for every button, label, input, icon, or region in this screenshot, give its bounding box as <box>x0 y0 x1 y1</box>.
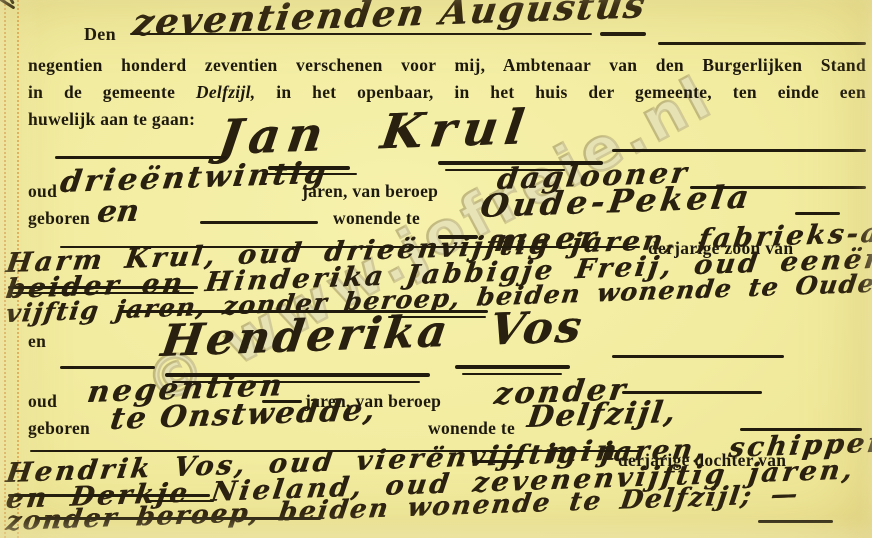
rule-line <box>60 246 640 248</box>
rule-line <box>12 292 194 294</box>
rule-line <box>622 391 762 394</box>
document-scan: © www.jofreie.nl Den negentien honderd z… <box>0 0 872 538</box>
rule-line <box>472 460 524 463</box>
rule-line <box>388 316 486 318</box>
printed-oud-groom: oud <box>28 181 57 202</box>
handwritten-bride-residence: Delfzijl, <box>525 395 679 435</box>
rule-line <box>55 156 227 159</box>
printed-intro-line3: in de gemeente Delfzijl, in het openbaar… <box>28 82 866 103</box>
rule-line <box>462 373 562 375</box>
rule-line <box>612 149 866 152</box>
rule-line <box>60 366 155 369</box>
handwritten-groom-name: Jan Krul <box>215 99 534 166</box>
rule-line <box>600 32 646 36</box>
printed-intro-line3a: in de gemeente <box>28 82 175 102</box>
rule-line <box>130 33 592 35</box>
rule-line <box>8 286 198 289</box>
printed-intro-line2: negentien honderd zeventien verschenen v… <box>28 55 866 76</box>
rule-line <box>795 212 840 215</box>
rule-line <box>455 365 570 369</box>
handwritten-groom-age: drieëntwintig <box>58 156 331 200</box>
printed-en: en <box>28 331 46 352</box>
rule-line <box>268 166 350 170</box>
printed-oud-bride: oud <box>28 391 57 412</box>
rule-line <box>438 161 603 165</box>
rule-line <box>262 400 302 403</box>
printed-intro-line4: huwelijk aan te gaan: <box>28 109 195 130</box>
rule-line <box>690 186 866 189</box>
rule-line <box>740 428 862 431</box>
rule-line <box>262 173 357 175</box>
printed-intro-line3b: in het openbaar, in het huis der gemeent… <box>276 82 866 102</box>
rule-line <box>612 355 784 358</box>
rule-line <box>120 310 488 313</box>
rule-line <box>165 373 430 377</box>
rule-line <box>438 235 478 239</box>
printed-label-den: Den <box>84 24 116 45</box>
rule-line <box>30 450 640 452</box>
rule-line <box>148 500 214 502</box>
handwritten-groom-born: en <box>95 194 141 230</box>
printed-wonende-te-bride: wonende te <box>428 418 515 439</box>
rule-line <box>758 520 833 523</box>
rule-line <box>172 381 420 383</box>
rule-line <box>658 42 866 45</box>
handwritten-marriage-date: zeventienden Augustus <box>130 0 649 44</box>
printed-gemeente-name: Delfzijl, <box>196 82 256 102</box>
printed-wonende-te-groom: wonende te <box>333 208 420 229</box>
printed-geboren-bride: geboren <box>28 418 90 439</box>
rule-line <box>35 517 321 520</box>
rule-line <box>445 169 565 171</box>
printed-geboren-groom: geboren <box>28 208 90 229</box>
rule-line <box>8 494 210 497</box>
rule-line <box>200 221 318 224</box>
